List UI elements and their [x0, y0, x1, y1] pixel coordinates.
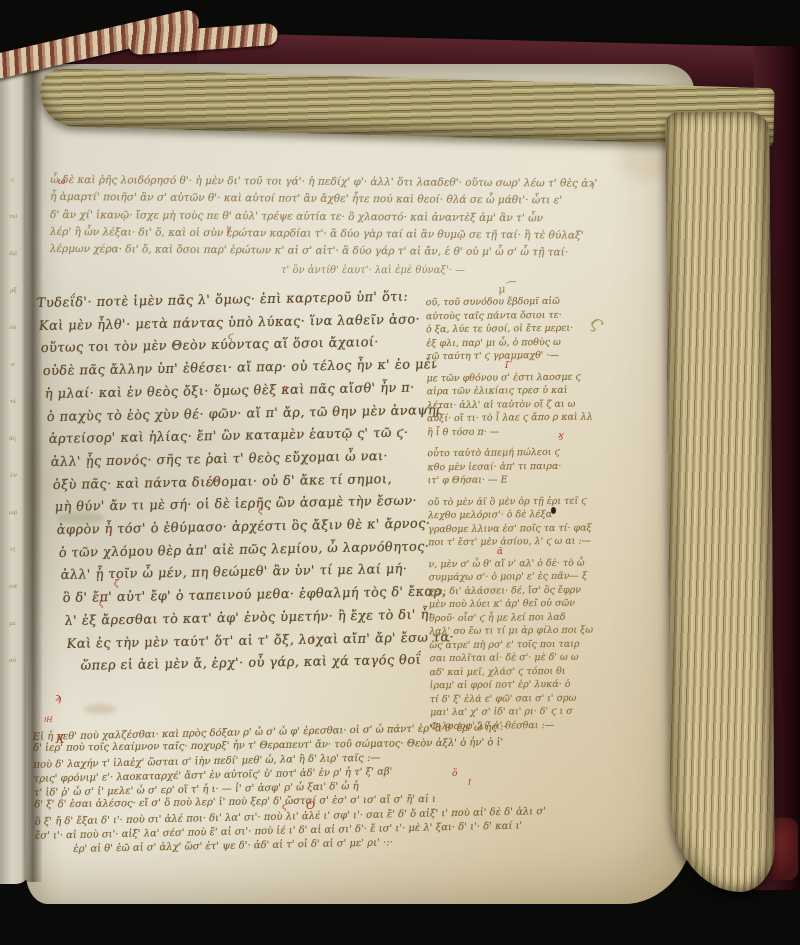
ink-blot: [551, 507, 556, 514]
red-siglum: Ο: [306, 799, 315, 812]
header-subline: τ' ὃν ἀντίθ' ἑαυτ'· λαὶ ἐμὲ θύναξ'· —: [240, 265, 506, 276]
text-speck: ἐν: [9, 472, 16, 479]
red-siglum: ὅ: [452, 769, 457, 779]
text-speck: οὖ: [9, 657, 17, 664]
fore-edge-page-stack: [665, 112, 774, 893]
paragraph: Α με τῶν φθόνου σ' ἐστι λαοσμε ϛαἱρα τῶν…: [426, 369, 665, 439]
red-siglum: ω: [58, 177, 65, 187]
paragraph: Τ οῦ, τοῦ συνόδου ἔβδομϊ αἰῶαὐτοὺς ταῖς …: [426, 294, 665, 364]
red-siglum: ϯΗ: [44, 716, 52, 724]
paragraph-lines: οὖτο ταὐτὸ ἀπεμή πώλεοι ϛκθο μὲν ἱεσαί· …: [427, 445, 665, 488]
red-siglum: Γ: [505, 361, 511, 371]
red-siglum: ϛ: [258, 506, 263, 516]
red-siglum: ϛ: [228, 332, 233, 342]
paragraph: Π οὔ τὸ μὲν ἀϊ ὃ μὲν ὀρ τῇ ἐρι τεῖ ϛλεχθ…: [428, 493, 667, 549]
paragraph-lines: με τῶν φθόνου σ' ἐστι λαοσμε ϛαἱρα τῶν ἐ…: [426, 369, 665, 439]
manuscript-page: 145 ὧ δὲ καὶ ῥῆς λοιδόρησό θ'· ἡ μὲν δι'…: [26, 64, 694, 904]
text-speck: ύο: [9, 324, 17, 331]
red-siglum: γ: [226, 224, 231, 233]
stain: [84, 704, 116, 714]
red-siglum: ϯ: [311, 634, 314, 645]
ornament-flourish: μ⁀: [497, 281, 515, 296]
bottom-text-block: Εἰ ἦ μεθ' ποὺ χαλζέσθαι· καὶ πρὸς δόξαν …: [33, 717, 686, 857]
paragraph: Ὁ ν, μὲν σ' ὦ θ' αἴ ν' αλ' ὁ δὲ· τὸ ὦσυμ…: [428, 555, 668, 733]
red-siglum: ϛ: [282, 802, 287, 812]
red-siglum: ϛ: [99, 599, 104, 609]
red-siglum: ϡ: [55, 691, 61, 704]
text-speck: ἀμ: [9, 250, 17, 258]
text-speck: ᾶς: [9, 435, 17, 443]
paragraph: Τ οὖτο ταὐτὸ ἀπεμή πώλεοι ϛκθο μὲν ἱεσαί…: [427, 445, 665, 488]
red-siglum: ᾱ: [497, 547, 503, 557]
text-speck: ς: [11, 176, 15, 183]
paragraph-lines: οὔ τὸ μὲν ἀϊ ὃ μὲν ὀρ τῇ ἐρι τεῖ ϛλεχθο …: [428, 493, 667, 549]
red-siglum: ζ: [114, 579, 119, 589]
gutter-shadow: [22, 58, 42, 882]
text-speck: τω: [9, 213, 18, 221]
header-block: ὧ δὲ καὶ ῥῆς λοιδόρησό θ'· ἡ μὲν δι' τοῦ…: [50, 172, 661, 263]
text-speck: τε: [9, 398, 16, 405]
text-speck: σα: [9, 583, 18, 591]
text-line: τῷ ταύτη τ' ϛ γραμμαχθ' ·—: [426, 348, 664, 364]
text-speck: ωρ: [9, 509, 18, 517]
red-siglum: ϗ: [558, 431, 564, 441]
red-siglum: ͻ: [283, 384, 288, 394]
red-siglum: Χ: [56, 732, 65, 746]
text-speck: με: [9, 620, 17, 627]
text-speck: ρξ: [9, 287, 16, 294]
left-text-column: Τυδεΐδ'· ποτὲ ἰμὲν πᾶς λ' ὅμως· ἐπὶ καρτ…: [36, 286, 463, 679]
paragraph-lines: ν, μὲν σ' ὦ θ' αἴ ν' αλ' ὁ δὲ· τὸ ὦσυμμά…: [428, 555, 668, 733]
text-speck: ν: [11, 361, 15, 368]
text-line: ιτ' φ Θήσαι· — Ε: [428, 472, 666, 488]
red-siglum: ϯ: [468, 777, 471, 788]
stain: [56, 512, 104, 524]
paragraph-lines: οῦ, τοῦ συνόδου ἔβδομϊ αἰῶαὐτοὺς ταῖς πά…: [426, 294, 665, 364]
red-siglum: ϯ: [109, 528, 112, 539]
text-line: ποι τ' ἔστ' μὲν ἀσίου, λ' ϛ ω αι :—: [428, 534, 666, 550]
text-speck: ὶς: [10, 546, 16, 553]
text-line: ἢ ἷ θ τόσο π· —: [427, 423, 665, 439]
manuscript-photo: ςτωἀμρξύοντεᾶςἐνωρὶςσαμεοὖ 145 ὧ δὲ καὶ …: [0, 0, 800, 945]
right-text-column: Τ οῦ, τοῦ συνόδου ἔβδομϊ αἰῶαὐτοὺς ταῖς …: [426, 294, 669, 741]
